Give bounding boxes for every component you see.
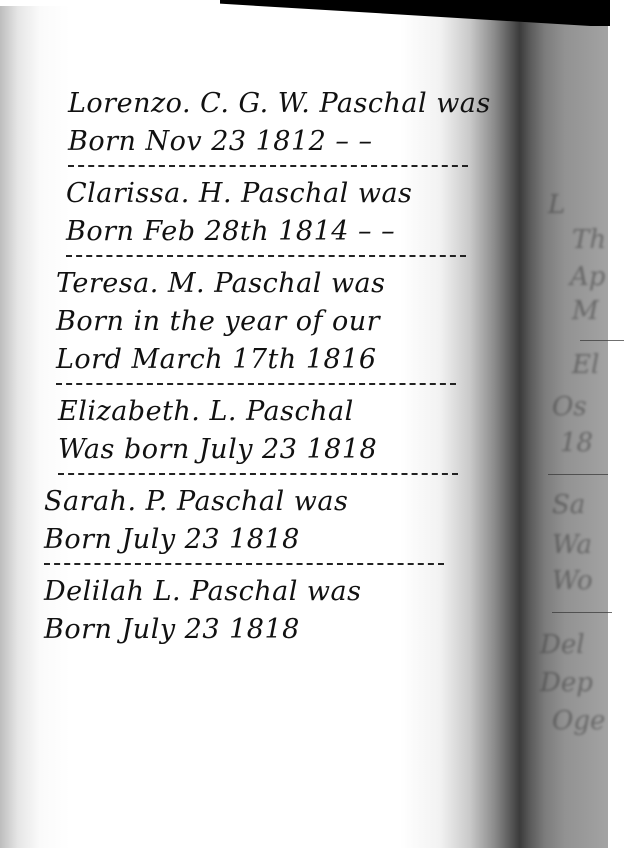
facing-fragment: Oge xyxy=(552,706,605,736)
record-line: Teresa. M. Paschal was xyxy=(56,265,456,303)
facing-fragment: Dep xyxy=(540,668,593,698)
record-line: Delilah L. Paschal was xyxy=(44,573,444,611)
record-line: Born July 23 1818 xyxy=(44,521,444,559)
divider-rule xyxy=(56,383,456,385)
scanned-page: Lorenzo. C. G. W. Paschal was Born Nov 2… xyxy=(0,0,624,848)
facing-fragment: Wa xyxy=(552,530,592,560)
record-line: Lorenzo. C. G. W. Paschal was xyxy=(68,85,468,123)
birth-records: Lorenzo. C. G. W. Paschal was Born Nov 2… xyxy=(40,85,440,649)
record-lorenzo: Lorenzo. C. G. W. Paschal was Born Nov 2… xyxy=(68,85,468,167)
record-line: Born Nov 23 1812 – – xyxy=(68,123,468,161)
facing-fragment: Os xyxy=(552,392,587,422)
facing-fragment: Del xyxy=(540,630,585,660)
facing-rule xyxy=(548,474,608,475)
divider-rule xyxy=(66,255,466,257)
divider-rule xyxy=(68,165,468,167)
facing-fragment: M xyxy=(572,296,599,326)
facing-fragment: Sa xyxy=(552,490,585,520)
record-delilah: Delilah L. Paschal was Born July 23 1818 xyxy=(44,573,444,649)
record-line: Born in the year of our xyxy=(56,303,456,341)
record-line: Lord March 17th 1816 xyxy=(56,341,456,379)
record-line: Elizabeth. L. Paschal xyxy=(58,393,458,431)
record-line: Born Feb 28th 1814 – – xyxy=(66,213,466,251)
facing-rule xyxy=(580,340,624,341)
divider-rule xyxy=(58,473,458,475)
record-elizabeth: Elizabeth. L. Paschal Was born July 23 1… xyxy=(58,393,458,475)
record-clarissa: Clarissa. H. Paschal was Born Feb 28th 1… xyxy=(66,175,466,257)
record-line: Clarissa. H. Paschal was xyxy=(66,175,466,213)
facing-fragment: Th xyxy=(572,225,606,255)
record-sarah: Sarah. P. Paschal was Born July 23 1818 xyxy=(44,483,444,565)
facing-fragment: El xyxy=(572,350,599,380)
facing-fragment: Wo xyxy=(552,566,593,596)
record-line: Was born July 23 1818 xyxy=(58,431,458,469)
divider-rule xyxy=(44,563,444,565)
facing-fragment: L xyxy=(548,190,565,220)
record-line: Sarah. P. Paschal was xyxy=(44,483,444,521)
facing-fragment: Ap xyxy=(570,262,605,292)
facing-rule xyxy=(552,612,612,613)
record-teresa: Teresa. M. Paschal was Born in the year … xyxy=(56,265,456,385)
facing-fragment: 18 xyxy=(560,428,593,458)
record-line: Born July 23 1818 xyxy=(44,611,444,649)
scan-margin xyxy=(608,0,624,848)
